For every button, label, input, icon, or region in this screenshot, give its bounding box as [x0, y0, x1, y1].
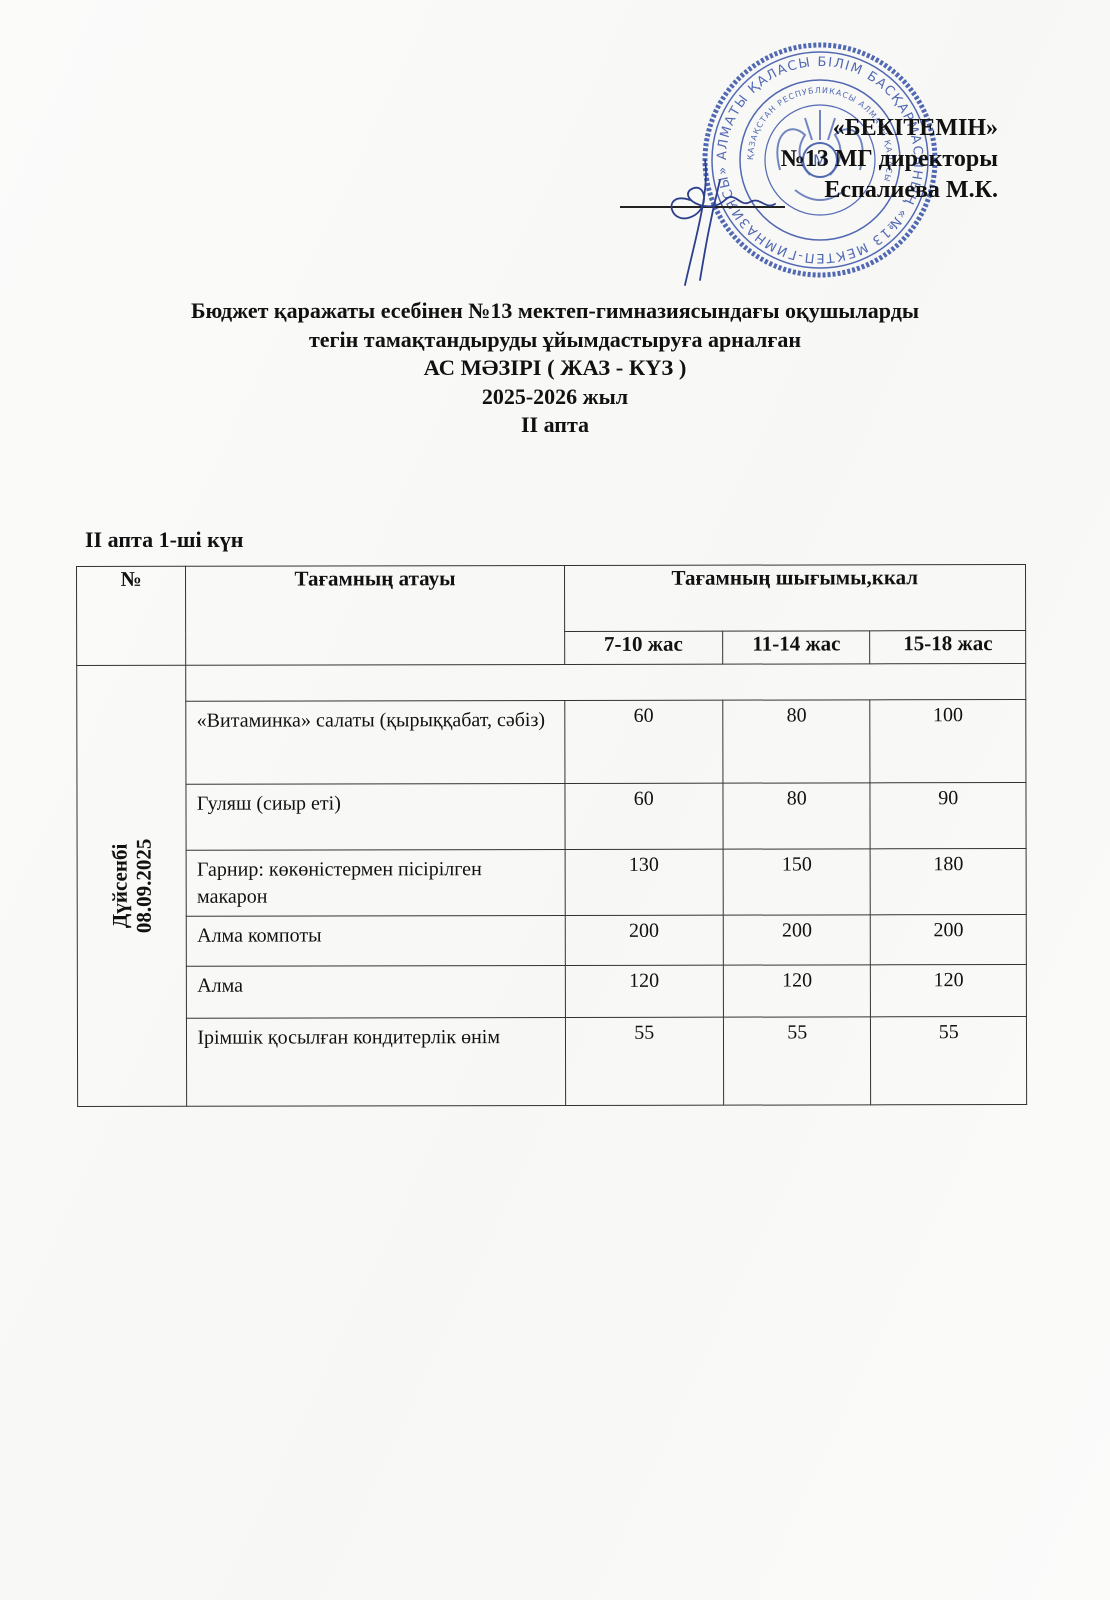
- table-row: Алма 120 120 120: [77, 965, 1026, 1019]
- title-line-3: АС МӘЗІРІ ( ЖАЗ - КҮЗ ): [0, 354, 1110, 383]
- title-line-2: тегін тамақтандыруды ұйымдастыруға арнал…: [0, 326, 1110, 355]
- header-age-11-14: 11-14 жас: [723, 631, 871, 664]
- header-yield: Тағамның шығымы,ккал: [564, 565, 1026, 632]
- kcal-11-14: 55: [723, 1017, 871, 1105]
- table-row: Гарнир: көкөністермен пісірілген макарон…: [77, 849, 1026, 917]
- day-cell: Дүйсенбі 08.09.2025: [77, 665, 187, 1106]
- document-title: Бюджет қаражаты есебінен №13 мектеп-гимн…: [0, 297, 1110, 440]
- title-line-1: Бюджет қаражаты есебінен №13 мектеп-гимн…: [0, 297, 1110, 326]
- kcal-7-10: 130: [565, 849, 724, 915]
- kcal-15-18: 200: [871, 915, 1027, 965]
- kcal-15-18: 120: [871, 965, 1027, 1017]
- kcal-11-14: 80: [723, 700, 871, 783]
- kcal-11-14: 120: [723, 965, 871, 1017]
- header-dish-name: Тағамның атауы: [186, 565, 564, 665]
- kcal-11-14: 150: [723, 849, 871, 915]
- menu-table: № Тағамның атауы Тағамның шығымы,ккал 7-…: [76, 564, 1027, 1107]
- empty-cell: [186, 664, 1026, 702]
- dish-name: Гуляш (сиыр еті): [186, 783, 564, 850]
- kcal-15-18: 55: [871, 1017, 1027, 1105]
- table-header-row: № Тағамның атауы Тағамның шығымы,ккал: [77, 565, 1026, 633]
- dish-name: «Витаминка» салаты (қырыққабат, сәбіз): [186, 700, 564, 784]
- header-age-7-10: 7-10 жас: [564, 631, 723, 664]
- kcal-15-18: 100: [870, 700, 1026, 783]
- table-row: Ірімшік қосылған кондитерлік өнім 55 55 …: [77, 1017, 1026, 1107]
- table-row-empty: Дүйсенбі 08.09.2025: [77, 664, 1026, 702]
- title-line-5: ІІ апта: [0, 411, 1110, 440]
- title-line-4: 2025-2026 жыл: [0, 383, 1110, 412]
- dish-name: Ірімшік қосылған кондитерлік өнім: [187, 1017, 565, 1106]
- kcal-7-10: 120: [565, 965, 724, 1017]
- day-heading: ІІ апта 1-ші күн: [85, 527, 243, 553]
- kcal-15-18: 90: [870, 783, 1026, 849]
- day-date: 08.09.2025: [132, 839, 156, 934]
- dish-name: Алма: [187, 965, 565, 1018]
- kcal-7-10: 55: [565, 1017, 724, 1105]
- kcal-15-18: 180: [871, 849, 1027, 915]
- header-age-15-18: 15-18 жас: [870, 631, 1026, 664]
- kcal-11-14: 200: [723, 915, 871, 965]
- table-row: «Витаминка» салаты (қырыққабат, сәбіз) 6…: [77, 700, 1026, 785]
- dish-name: Алма компоты: [187, 915, 565, 966]
- table-row: Алма компоты 200 200 200: [77, 915, 1026, 967]
- kcal-7-10: 60: [564, 783, 723, 849]
- day-weekday: Дүйсенбі: [108, 839, 132, 934]
- dish-name: Гарнир: көкөністермен пісірілген макарон: [186, 849, 564, 916]
- kcal-11-14: 80: [723, 783, 871, 849]
- kcal-7-10: 200: [565, 915, 724, 965]
- table-row: Гуляш (сиыр еті) 60 80 90: [77, 783, 1026, 851]
- kcal-7-10: 60: [564, 700, 723, 783]
- header-number: №: [77, 566, 187, 665]
- day-label: Дүйсенбі 08.09.2025: [108, 839, 156, 934]
- signature-icon: [650, 120, 820, 290]
